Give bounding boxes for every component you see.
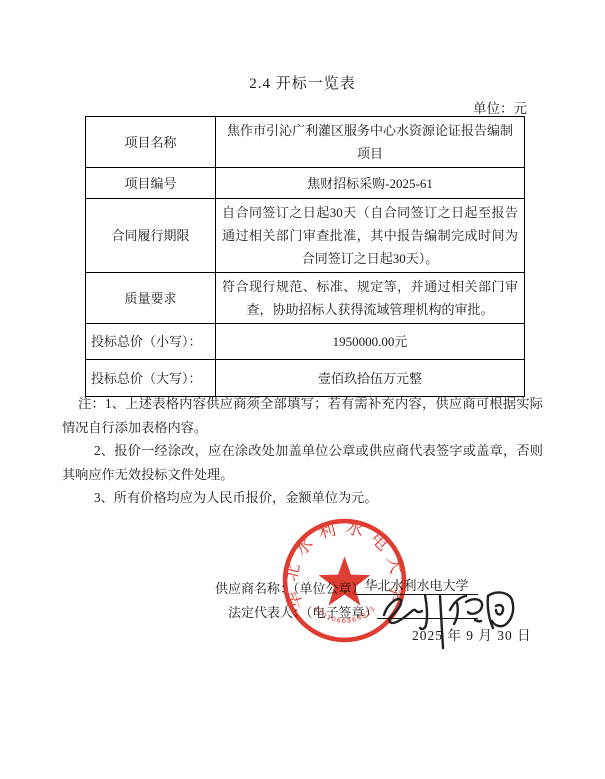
svg-text:4101066869823: 4101066869823 (312, 605, 378, 625)
signature-area: 供应商名称：（单位公章） 华北水利水电大学 法定代表人：（电子签章） 2025 … (0, 0, 605, 779)
seal-serial-number: 4101066869823 (312, 605, 378, 625)
seal-star-icon (319, 556, 371, 605)
legal-representative-signature (378, 584, 520, 654)
document-page: 2.4 开标一览表 单位：元 项目名称 焦作市引沁广利灌区服务中心水资源论证报告… (0, 0, 605, 779)
